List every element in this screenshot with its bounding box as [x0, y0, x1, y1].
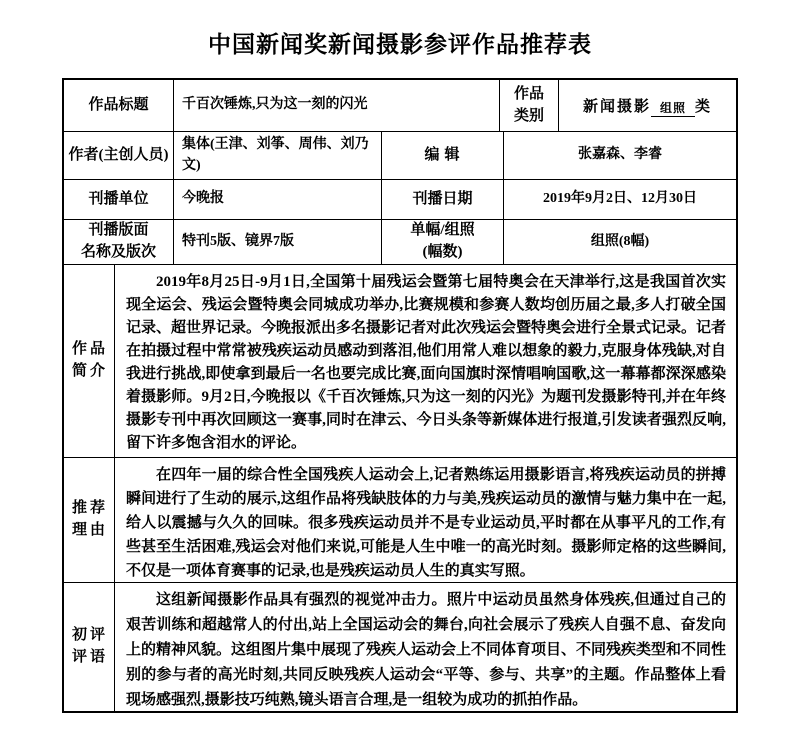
category-suffix: 类	[695, 95, 712, 116]
row-summary: 作品 简介 2019年8月25日-9月1日,全国第十届残运会暨第七届特奥会在天津…	[64, 265, 736, 458]
category-prefix: 新闻摄影	[583, 95, 651, 116]
publish-date-value: 2019年9月2日、12月30日	[504, 180, 736, 219]
publish-date-label: 刊播日期	[382, 180, 504, 219]
summary-label: 作品 简介	[64, 265, 115, 457]
publish-org-label: 刊播单位	[64, 180, 174, 219]
authors-label: 作者(主创人员)	[64, 132, 174, 179]
layout-value: 特刊5版、镜界7版	[174, 220, 382, 264]
publish-org-value: 今晚报	[174, 180, 382, 219]
row-authors: 作者(主创人员) 集体(王津、刘筝、周伟、刘乃文) 编辑 张嘉森、李睿	[64, 132, 736, 180]
format-label: 单幅/组照 (幅数)	[382, 220, 504, 264]
page-title: 中国新闻奖新闻摄影参评作品推荐表	[0, 0, 800, 59]
category-label: 作品 类别	[500, 80, 559, 131]
editor-value: 张嘉森、李睿	[504, 132, 736, 179]
authors-value: 集体(王津、刘筝、周伟、刘乃文)	[174, 132, 382, 179]
recommendation-label: 推荐 理由	[64, 458, 115, 582]
format-value: 组照(8幅)	[504, 220, 736, 264]
recommendation-form-table: 作品标题 千百次锤炼,只为这一刻的闪光 作品 类别 新闻摄影 组照 类 作者(主…	[62, 78, 738, 713]
summary-text: 2019年8月25日-9月1日,全国第十届残运会暨第七届特奥会在天津举行,这是我…	[115, 265, 736, 457]
row-publisher: 刊播单位 今晚报 刊播日期 2019年9月2日、12月30日	[64, 180, 736, 220]
initial-review-label: 初评 评语	[64, 583, 115, 711]
category-type-underlined: 组照	[651, 102, 695, 117]
initial-review-text: 这组新闻摄影作品具有强烈的视觉冲击力。照片中运动员虽然身体残疾,但通过自己的艰苦…	[115, 583, 736, 711]
row-initial-review: 初评 评语 这组新闻摄影作品具有强烈的视觉冲击力。照片中运动员虽然身体残疾,但通…	[64, 583, 736, 711]
work-title-value: 千百次锤炼,只为这一刻的闪光	[174, 80, 500, 131]
recommendation-text: 在四年一届的综合性全国残疾人运动会上,记者熟练运用摄影语言,将残疾运动员的拼搏瞬…	[115, 458, 736, 582]
recommendation-form-sheet: 中国新闻奖新闻摄影参评作品推荐表 作品标题 千百次锤炼,只为这一刻的闪光 作品 …	[0, 0, 800, 747]
row-work-title: 作品标题 千百次锤炼,只为这一刻的闪光 作品 类别 新闻摄影 组照 类	[64, 80, 736, 132]
row-layout-format: 刊播版面 名称及版次 特刊5版、镜界7版 单幅/组照 (幅数) 组照(8幅)	[64, 220, 736, 265]
row-recommendation: 推荐 理由 在四年一届的综合性全国残疾人运动会上,记者熟练运用摄影语言,将残疾运…	[64, 458, 736, 583]
work-title-label: 作品标题	[64, 80, 174, 131]
editor-label: 编辑	[382, 132, 504, 179]
layout-label: 刊播版面 名称及版次	[64, 220, 174, 264]
category-value: 新闻摄影 组照 类	[559, 80, 736, 131]
